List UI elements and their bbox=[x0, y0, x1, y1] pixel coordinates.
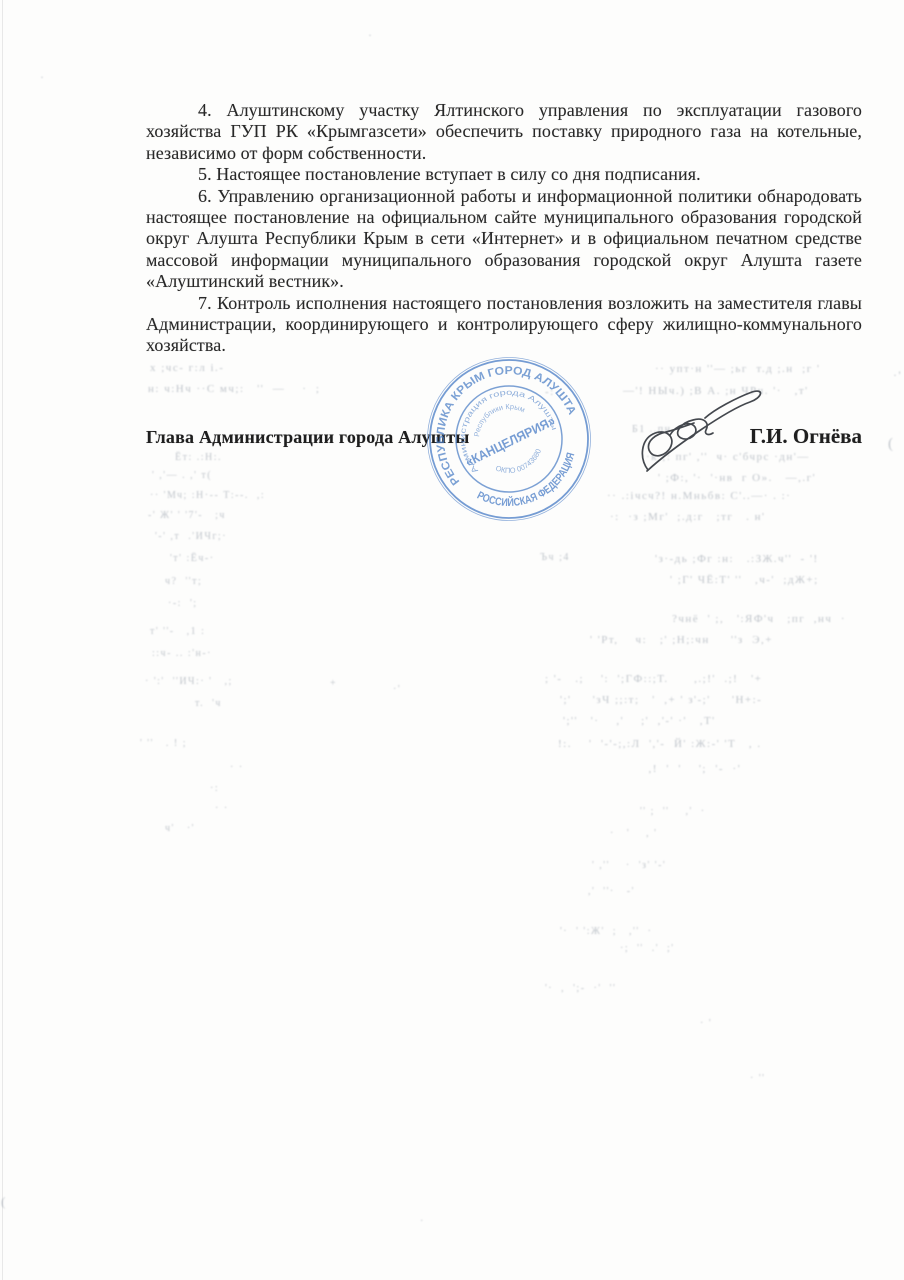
bleed-fragment: · bbox=[368, 28, 374, 43]
bleed-fragment: '· ' ':Ж' ; ,'' · bbox=[560, 926, 653, 937]
signature-long-stroke bbox=[647, 391, 760, 471]
text-line: массовой информации муниципального образ… bbox=[146, 250, 862, 271]
bleed-fragment: ,' ''· -' bbox=[580, 886, 635, 897]
bleed-fragment: · · bbox=[230, 762, 244, 773]
paragraph-6: 6. Управлению организационной работы и и… bbox=[146, 186, 862, 293]
signature-loop-stroke bbox=[642, 423, 694, 470]
text-line: 7. Контроль исполнения настоящего постан… bbox=[146, 293, 862, 314]
bleed-fragment: ,! ' ' '; '- ·' bbox=[640, 763, 741, 775]
bleed-fragment: + bbox=[330, 678, 337, 689]
bleed-fragment: ·; '' .' ;' bbox=[620, 943, 675, 954]
bleed-fragment: т. 'ч bbox=[195, 698, 222, 709]
text-line: независимо от форм собственности. bbox=[146, 143, 862, 164]
bleed-fragment: ' 'Рт, ч: ;' ;Н;:чн ''з Э,+ bbox=[590, 634, 773, 646]
bleed-fragment: ·' bbox=[893, 368, 902, 383]
text-line: округ Алушта Республики Крым в сети «Инт… bbox=[146, 228, 862, 249]
bleed-fragment: Ёт: .:Н:. bbox=[175, 452, 222, 463]
bleed-fragment: '' ; '' ,' · bbox=[640, 806, 706, 817]
paragraph-4: 4. Алуштинскому участку Ялтинского управ… bbox=[146, 100, 862, 164]
bleed-fragment: ' ,'— . ,' т( bbox=[152, 470, 212, 481]
bleed-fragment: -' Ж' ' '7'- ;ч bbox=[148, 510, 226, 521]
bleed-fragment: ::ч- .. :'н-· bbox=[152, 648, 212, 659]
bleed-fragment: ·' bbox=[393, 684, 401, 695]
bleed-fragment: ·: bbox=[210, 783, 219, 794]
handwritten-signature bbox=[612, 378, 782, 483]
text-line: 5. Настоящее постановление вступает в си… bbox=[146, 164, 862, 185]
text-line: хозяйства ГУП РК «Крымгазсети» обеспечит… bbox=[146, 121, 862, 142]
bleed-fragment: ·· упт·н ''— ;ьг т.д ;.н ;г ' bbox=[655, 363, 820, 375]
text-line: 4. Алуштинскому участку Ялтинского управ… bbox=[146, 100, 862, 121]
bleed-fragment: ·· .:ічсч?! н.Мньбв: С'..—· . :· bbox=[607, 490, 791, 502]
bleed-fragment: ч? ''т; bbox=[165, 576, 202, 587]
bleed-fragment: ч' ·' bbox=[165, 823, 195, 834]
bleed-fragment: '-' ,т .'ИЧг;· bbox=[155, 531, 227, 542]
bleed-fragment: '· , ';- ·' '' bbox=[545, 983, 616, 994]
bleed-fragment: 'з·-дь ;Фг :н: .:ЗЖ.ч'' - '! bbox=[655, 553, 819, 565]
text-line: 6. Управлению организационной работы и и… bbox=[146, 186, 862, 207]
paragraph-5: 5. Настоящее постановление вступает в си… bbox=[146, 164, 862, 185]
bleed-fragment: · ' bbox=[700, 1018, 712, 1029]
text-line: «Алуштинский вестник». bbox=[146, 271, 862, 292]
bleed-fragment: · bbox=[420, 1216, 425, 1227]
bleed-fragment: ·· 'Мч; :Н·-- Т:--. ,: bbox=[150, 490, 265, 501]
bleed-fragment: · '' bbox=[750, 1073, 765, 1084]
bleed-fragment: ?чнё ' ;, ':ЯФ'ч ;пг ,нч · bbox=[672, 613, 846, 625]
bleed-fragment: · · bbox=[215, 803, 229, 814]
bleed-fragment: ' ,'' · 'з' '-' bbox=[592, 860, 666, 871]
paragraph-7: 7. Контроль исполнения настоящего постан… bbox=[146, 293, 862, 357]
bleed-fragment: ( bbox=[1, 1194, 7, 1210]
document-body: 4. Алуштинскому участку Ялтинского управ… bbox=[146, 100, 862, 357]
bleed-fragment: х ;чс- г:л і.- bbox=[150, 362, 224, 374]
text-line: Администрации, координирующего и контрол… bbox=[146, 314, 862, 335]
bleed-fragment: · ':' ''ИЧ:· ' ,; bbox=[145, 676, 233, 687]
bleed-fragment: · bbox=[40, 70, 46, 85]
signatory-title: Глава Администрации города Алушты bbox=[146, 427, 470, 448]
bleed-fragment: ' ;Г' ЧЁ:Т' '' ,ч-' ;дЖ+; bbox=[670, 574, 819, 586]
text-line: хозяйства. bbox=[146, 335, 862, 356]
bleed-fragment: !:. ' '-'-;,:Л ','- Й' :Ж:-' 'Т , . bbox=[558, 738, 762, 750]
bleed-fragment: ';' 'зЧ ;;:т; ' ,+ ' з'-;' 'Н+:- bbox=[560, 694, 762, 706]
bleed-fragment: т' ''- ,1 : bbox=[150, 626, 205, 637]
bleed-fragment: · ' , ' bbox=[610, 828, 657, 839]
scanned-document-page: х ;чс- г:л і.-н: ч:Нч ··С мч;: '' — · ;-… bbox=[0, 0, 904, 1280]
bleed-fragment: ( bbox=[888, 436, 895, 453]
bleed-fragment: ·: ·з ;Мг' ;.д:г ;тг . н' bbox=[610, 511, 766, 523]
official-round-stamp: РЕСПУБЛИКА КРЫМ ГОРОД АЛУШТА РОССИЙСКАЯ … bbox=[425, 355, 593, 523]
bleed-fragment: ·-: '; bbox=[168, 598, 198, 609]
bleed-fragment: н: ч:Нч ··С мч;: '' — · ; bbox=[148, 383, 320, 395]
bleed-fragment: ; '- .; ': ';ГФ::;Т. ,.;!' .;! '+ bbox=[545, 673, 762, 685]
bleed-fragment: ';'' '· ,' ;' ,'-' ·' ,Т' bbox=[563, 715, 716, 727]
bleed-fragment: Ъч ;4 bbox=[540, 552, 570, 563]
bleed-fragment: 'т' :Ёч-· bbox=[170, 553, 215, 564]
text-line: настоящее постановление на официальном с… bbox=[146, 207, 862, 228]
bleed-fragment: ' '' . ! ; bbox=[140, 738, 187, 749]
